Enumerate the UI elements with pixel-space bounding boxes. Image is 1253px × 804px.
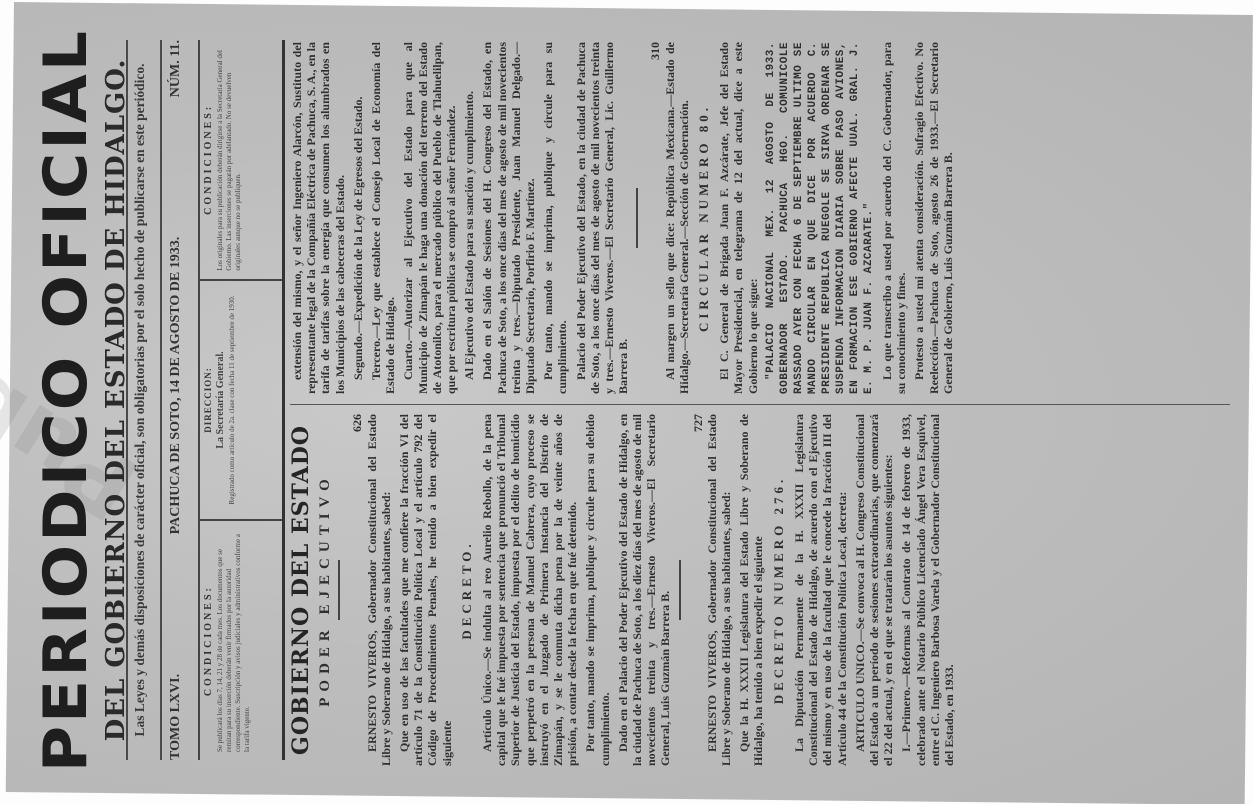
paragraph: ERNESTO VIVEROS, Gobernador Constitucion… <box>705 414 733 766</box>
item-number: 310 <box>648 42 662 394</box>
paragraph: Cuarto.—Autorizar al Ejecutivo del Estad… <box>401 42 458 394</box>
newspaper-title: PERIODICO OFICIAL <box>32 0 100 804</box>
item-number: 626 <box>350 414 364 766</box>
paragraph: Por tanto, mando se imprima, publique y … <box>583 414 611 766</box>
paragraph: Lo que transcribo a usted por acuerdo de… <box>880 42 908 394</box>
short-rule <box>636 188 638 248</box>
volume-label: TOMO LXVI. <box>168 674 184 760</box>
paragraph: Palacio del Poder Ejecutivo del Estado, … <box>574 42 631 394</box>
item-number: 727 <box>691 414 705 766</box>
header-rule-top <box>126 40 128 760</box>
paragraph: Al margen un sello que dice: República M… <box>663 42 691 394</box>
conditions-boxes: CONDICIONES: Se publicará los días 7, 14… <box>198 40 285 760</box>
page-content: Publicación digitalizada PERIODICO OFICI… <box>20 10 1245 790</box>
decree-heading: DECRETO. <box>460 414 474 766</box>
section-subtitle: PODER EJECUTIVO <box>318 414 332 766</box>
paragraph: La Diputación Permanente de la H. XXXII … <box>792 414 849 766</box>
paragraph: ARTICULO UNICO.—Se convoca al H. Congres… <box>853 414 896 766</box>
decree-heading: DECRETO NUMERO 276. <box>772 414 786 766</box>
telegram-text: "PALACIO NACIONAL MEX. 12 AGOSTO DE 1933… <box>764 42 876 394</box>
paragraph: Protesto a usted mi atenta consideración… <box>912 42 955 394</box>
paragraph: Al Ejecutivo del Estado para su sanción … <box>462 42 476 394</box>
direction-box: DIRECCION: La Secretaría General. Regist… <box>200 281 282 522</box>
box-heading: CONDICIONES: <box>204 48 213 271</box>
left-column: GOBIERNO DEL ESTADO PODER EJECUTIVO 626 … <box>290 414 960 766</box>
section-title: GOBIERNO DEL ESTADO <box>294 414 308 766</box>
header-rule-mid <box>160 40 162 760</box>
scanned-document: Publicación digitalizada PERIODICO OFICI… <box>0 0 1253 804</box>
legal-notice: Las Leyes y demás disposiciones de carác… <box>132 40 148 760</box>
paragraph: I.—Primero.—Reformas al Contrato de 14 d… <box>899 414 956 766</box>
box-text: Registrado como artículo de 2a. clase co… <box>228 289 237 512</box>
paragraph: ERNESTO VIVEROS, Gobernador Constitucion… <box>365 414 393 766</box>
masthead: PERIODICO OFICIAL DEL GOBIERNO DEL ESTAD… <box>32 10 132 790</box>
paragraph: Tercero.—Ley que establece el Consejo Lo… <box>369 42 397 394</box>
paragraph: Dado en el Palacio del Poder Ejecutivo d… <box>616 414 673 766</box>
issue-info: TOMO LXVI. PACHUCA DE SOTO, 14 DE AGOSTO… <box>168 40 184 760</box>
box-text: Se publicará los días 7, 14, 21 y 28 de … <box>216 529 252 752</box>
direction-lead: La Secretaría General. <box>216 289 225 512</box>
paragraph: El C. General de Brigada Juan F. Azcárat… <box>717 42 760 394</box>
paragraph: Segundo.—Expedición de la Ley de Egresos… <box>351 42 365 394</box>
conditions-box-right: CONDICIONES: Los originales para su publ… <box>200 40 282 281</box>
issue-number: NÚM. 11. <box>168 40 184 97</box>
paragraph: Dado en el Salón de Sesiones del H. Cong… <box>480 42 537 394</box>
short-rule <box>338 560 340 620</box>
place-date: PACHUCA DE SOTO, 14 DE AGOSTO DE 1933. <box>168 237 184 535</box>
conditions-box-left: CONDICIONES: Se publicará los días 7, 14… <box>200 521 282 760</box>
box-heading: DIRECCION: <box>204 289 213 512</box>
right-column: extensión del mismo, y el señor Ingenier… <box>290 42 959 394</box>
paragraph: extensión del mismo, y el señor Ingenier… <box>290 42 347 394</box>
paragraph: Que la H. XXXII Legislatura del Estado L… <box>737 414 765 766</box>
paragraph: Que en uso de las facultades que me conf… <box>397 414 454 766</box>
box-heading: CONDICIONES: <box>204 529 213 752</box>
circular-heading: CIRCULAR NUMERO 80. <box>697 42 711 394</box>
box-text: Los originales para su publicación deber… <box>216 48 243 271</box>
paragraph: Artículo Único.—Se indulta al reo Aureli… <box>480 414 579 766</box>
column-divider <box>290 404 1230 405</box>
paragraph: Por tanto, mando se imprima, publique y … <box>541 42 569 394</box>
short-rule <box>679 560 681 620</box>
